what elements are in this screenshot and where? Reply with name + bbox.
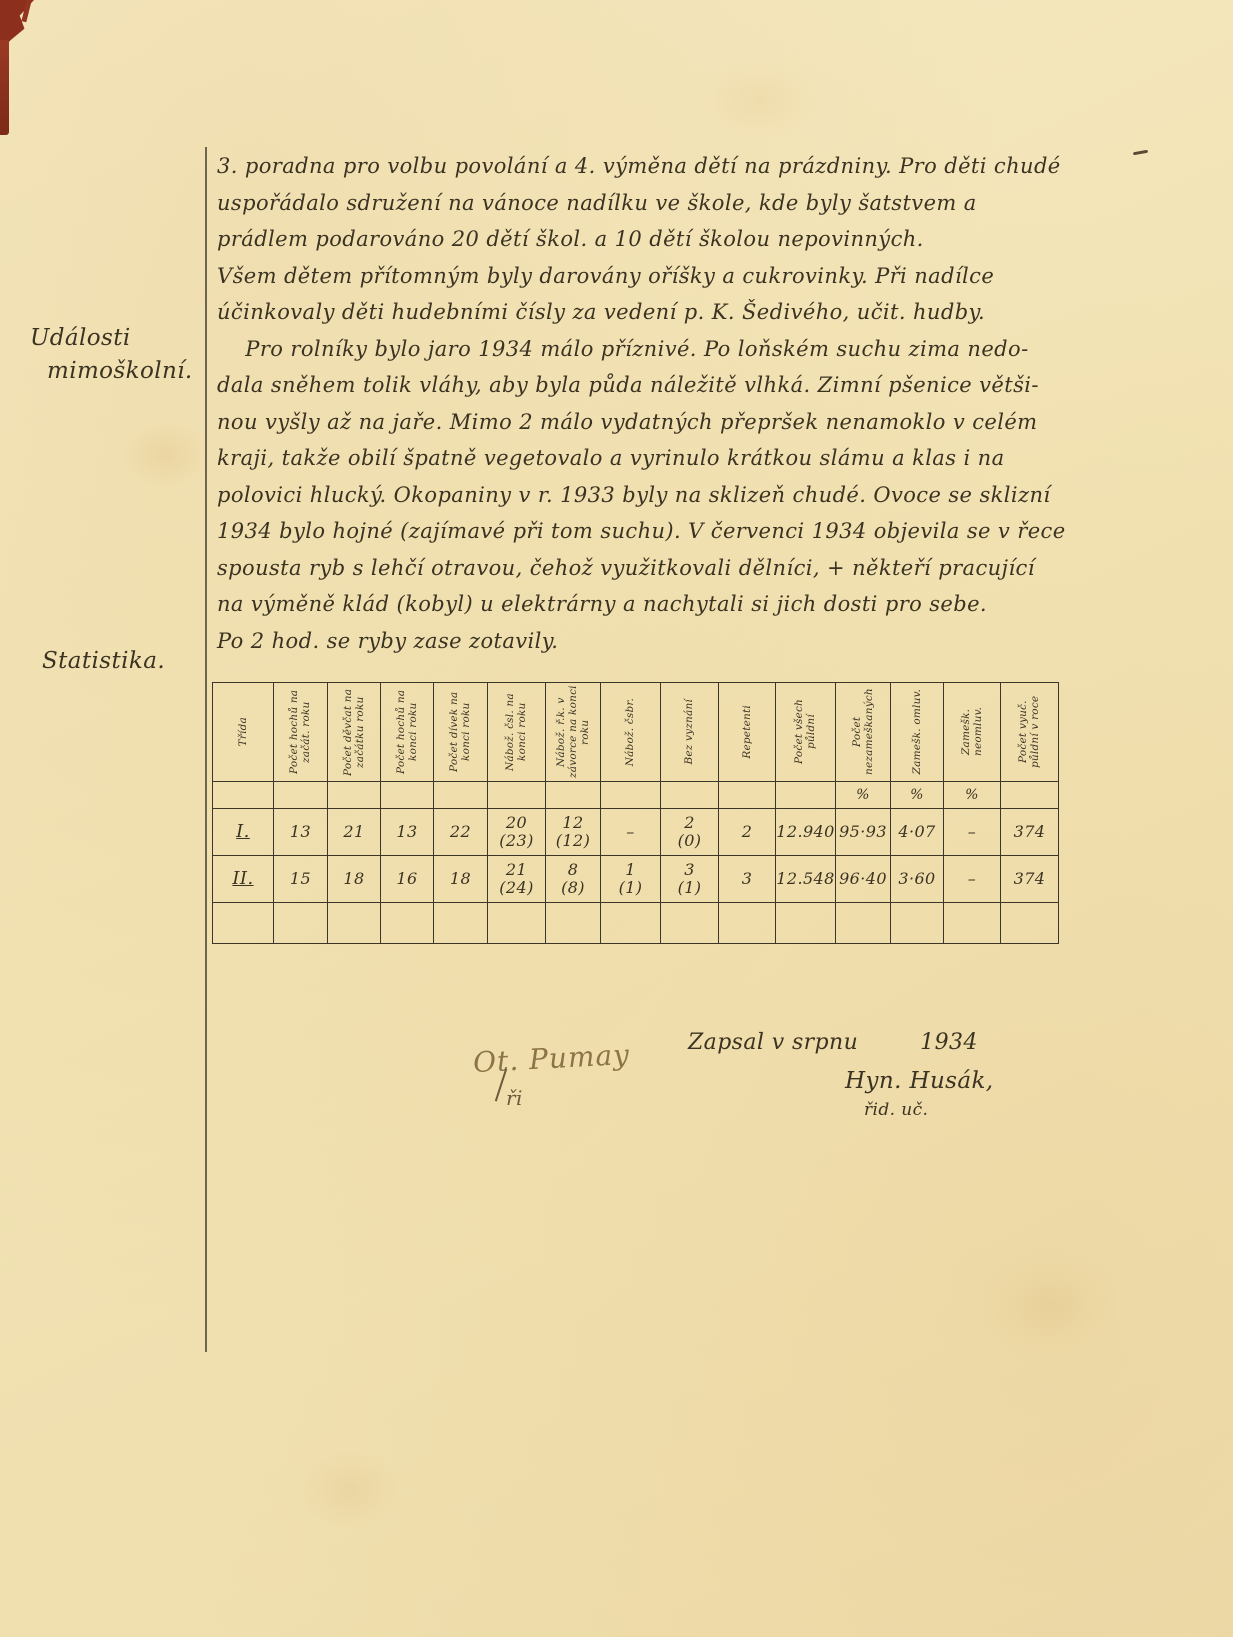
table-cell: 96·40 [836, 856, 891, 903]
text-line: kraji, takže obilí špatně vegetovalo a v… [217, 440, 1097, 477]
column-header-label: Nábož. ř.k. v závorce na konci roku [555, 685, 591, 779]
table-cell: – [944, 856, 1001, 903]
margin-rule-line [205, 147, 207, 1352]
column-header: Počet děvčat na začátku roku [328, 683, 381, 782]
empty-cell [328, 903, 381, 944]
column-header: Nábož. čsbr. [601, 683, 661, 782]
column-header: Nábož. čsl. na konci roku [488, 683, 546, 782]
class-cell: II. [213, 856, 274, 903]
percent-cell: % [891, 782, 944, 809]
column-header: Repetenti [719, 683, 776, 782]
table-cell: 12 (12) [546, 809, 601, 856]
table-header-row: TřídaPočet hochů na začát. rokuPočet děv… [213, 683, 1059, 782]
text-line: uspořádalo sdružení na vánoce nadílku ve… [217, 185, 1097, 222]
percent-cell [546, 782, 601, 809]
teacher-title: řid. uč. [864, 1100, 928, 1120]
table-cell: 95·93 [836, 809, 891, 856]
column-header-label: Nábož. čsbr. [624, 698, 636, 766]
text-line: 1934 bylo hojné (zajímavé při tom suchu)… [217, 513, 1097, 550]
text-line: polovici hlucký. Okopaniny v r. 1933 byl… [217, 477, 1097, 514]
text-line: nou vyšly až na jaře. Mimo 2 málo vydatn… [217, 404, 1097, 441]
column-header-label: Počet děvčat na začátku roku [342, 685, 366, 779]
empty-cell [546, 903, 601, 944]
margin-label-events-2: mimoškolní. [47, 358, 193, 384]
percent-cell [213, 782, 274, 809]
table-row: I.1321132220 (23)12 (12)–2 (0)212.94095·… [213, 809, 1059, 856]
table-cell: 13 [274, 809, 328, 856]
text-line: Po 2 hod. se ryby zase zotavily. [217, 623, 1097, 660]
recorded-year: 1934 [920, 1030, 978, 1055]
column-header-label: Počet hochů na začát. roku [288, 685, 312, 779]
table-cell: 18 [328, 856, 381, 903]
table-cell: 13 [381, 809, 434, 856]
empty-cell [944, 903, 1001, 944]
table-cell: 21 [328, 809, 381, 856]
text-line: Pro rolníky bylo jaro 1934 málo příznivé… [217, 331, 1097, 368]
red-edge-strip [0, 40, 9, 135]
empty-cell [601, 903, 661, 944]
column-header: Zamešk. neomluv. [944, 683, 1001, 782]
empty-cell [434, 903, 488, 944]
percent-cell: % [944, 782, 1001, 809]
class-cell: I. [213, 809, 274, 856]
column-header: Bez vyznání [661, 683, 719, 782]
text-line: na výměně klád (kobyl) u elektrárny a na… [217, 586, 1097, 623]
table-cell: 12.940 [776, 809, 836, 856]
percent-cell [274, 782, 328, 809]
percent-cell [1001, 782, 1059, 809]
table-cell: 374 [1001, 809, 1059, 856]
table-cell: 21 (24) [488, 856, 546, 903]
table-cell: 16 [381, 856, 434, 903]
margin-label-events: Události [30, 325, 131, 351]
statistics-table: TřídaPočet hochů na začát. rokuPočet děv… [212, 682, 1059, 944]
percent-row: %%% [213, 782, 1059, 809]
column-header: Zamešk. omluv. [891, 683, 944, 782]
table-cell: 8 (8) [546, 856, 601, 903]
text-line: Všem dětem přítomným byly darovány oříšk… [217, 258, 1097, 295]
table-cell: – [944, 809, 1001, 856]
column-header: Počet nezameškaných [836, 683, 891, 782]
column-header-label: Počet nezameškaných [851, 685, 875, 779]
percent-cell: % [836, 782, 891, 809]
column-header-label: Třída [237, 717, 249, 746]
table-cell: 3 (1) [661, 856, 719, 903]
column-header-label: Repetenti [741, 705, 753, 759]
column-header: Počet hochů na začát. roku [274, 683, 328, 782]
table-cell: 1 (1) [601, 856, 661, 903]
table-cell: 18 [434, 856, 488, 903]
percent-cell [719, 782, 776, 809]
empty-cell [836, 903, 891, 944]
empty-cell [381, 903, 434, 944]
paper-stain [300, 1450, 400, 1530]
table-cell: 3·60 [891, 856, 944, 903]
column-header: Počet vyuč. půldní v roce [1001, 683, 1059, 782]
percent-cell [488, 782, 546, 809]
paper-stain [700, 60, 820, 140]
empty-cell [274, 903, 328, 944]
table-cell: 15 [274, 856, 328, 903]
percent-cell [381, 782, 434, 809]
inspector-signature-sub: ři [506, 1086, 523, 1110]
empty-cell [776, 903, 836, 944]
table-cell: 22 [434, 809, 488, 856]
chronicle-page: { "page": { "margin_labels": { "events_l… [0, 0, 1233, 1637]
table-cell: 20 (23) [488, 809, 546, 856]
empty-cell [1001, 903, 1059, 944]
table-cell: 4·07 [891, 809, 944, 856]
main-text: 3. poradna pro volbu povolání a 4. výměn… [217, 148, 1097, 659]
text-line: prádlem podarováno 20 dětí škol. a 10 dě… [217, 221, 1097, 258]
teacher-signature: Hyn. Husák, [845, 1068, 994, 1094]
inspector-signature: Ot. Pumay [472, 1038, 630, 1079]
table-cell: 374 [1001, 856, 1059, 903]
column-header-label: Zamešk. neomluv. [960, 685, 984, 779]
recorded-label: Zapsal v srpnu [688, 1030, 858, 1055]
column-header-label: Počet všech půldní [793, 685, 817, 779]
recorded-line: Zapsal v srpnu 1934 [688, 1030, 978, 1055]
percent-cell [434, 782, 488, 809]
text-line: 3. poradna pro volbu povolání a 4. výměn… [217, 148, 1097, 185]
table-cell: 3 [719, 856, 776, 903]
column-header: Třída [213, 683, 274, 782]
table-cell: 2 [719, 809, 776, 856]
text-line: spousta ryb s lehčí otravou, čehož využi… [217, 550, 1097, 587]
empty-row [213, 903, 1059, 944]
percent-cell [601, 782, 661, 809]
column-header-label: Počet hochů na konci roku [395, 685, 419, 779]
percent-cell [776, 782, 836, 809]
column-header: Počet všech půldní [776, 683, 836, 782]
table-row: II.1518161821 (24)8 (8)1 (1)3 (1)312.548… [213, 856, 1059, 903]
percent-cell [661, 782, 719, 809]
table-cell: – [601, 809, 661, 856]
column-header-label: Nábož. čsl. na konci roku [504, 685, 528, 779]
column-header: Počet dívek na konci roku [434, 683, 488, 782]
empty-cell [891, 903, 944, 944]
empty-cell [488, 903, 546, 944]
percent-cell [328, 782, 381, 809]
column-header-label: Počet dívek na konci roku [448, 685, 472, 779]
empty-cell [719, 903, 776, 944]
empty-cell [213, 903, 274, 944]
paper-stain [980, 1250, 1120, 1360]
table-cell: 12.548 [776, 856, 836, 903]
table-cell: 2 (0) [661, 809, 719, 856]
column-header-label: Počet vyuč. půldní v roce [1017, 685, 1041, 779]
column-header: Počet hochů na konci roku [381, 683, 434, 782]
text-line: dala sněhem tolik vláhy, aby byla půda n… [217, 367, 1097, 404]
paper-stain [120, 420, 210, 490]
empty-cell [661, 903, 719, 944]
column-header-label: Zamešk. omluv. [911, 689, 923, 774]
margin-dash-mark [1133, 150, 1148, 156]
column-header: Nábož. ř.k. v závorce na konci roku [546, 683, 601, 782]
column-header-label: Bez vyznání [683, 699, 695, 765]
text-line: účinkovaly děti hudebními čísly za veden… [217, 294, 1097, 331]
margin-label-statistics: Statistika. [42, 648, 165, 674]
